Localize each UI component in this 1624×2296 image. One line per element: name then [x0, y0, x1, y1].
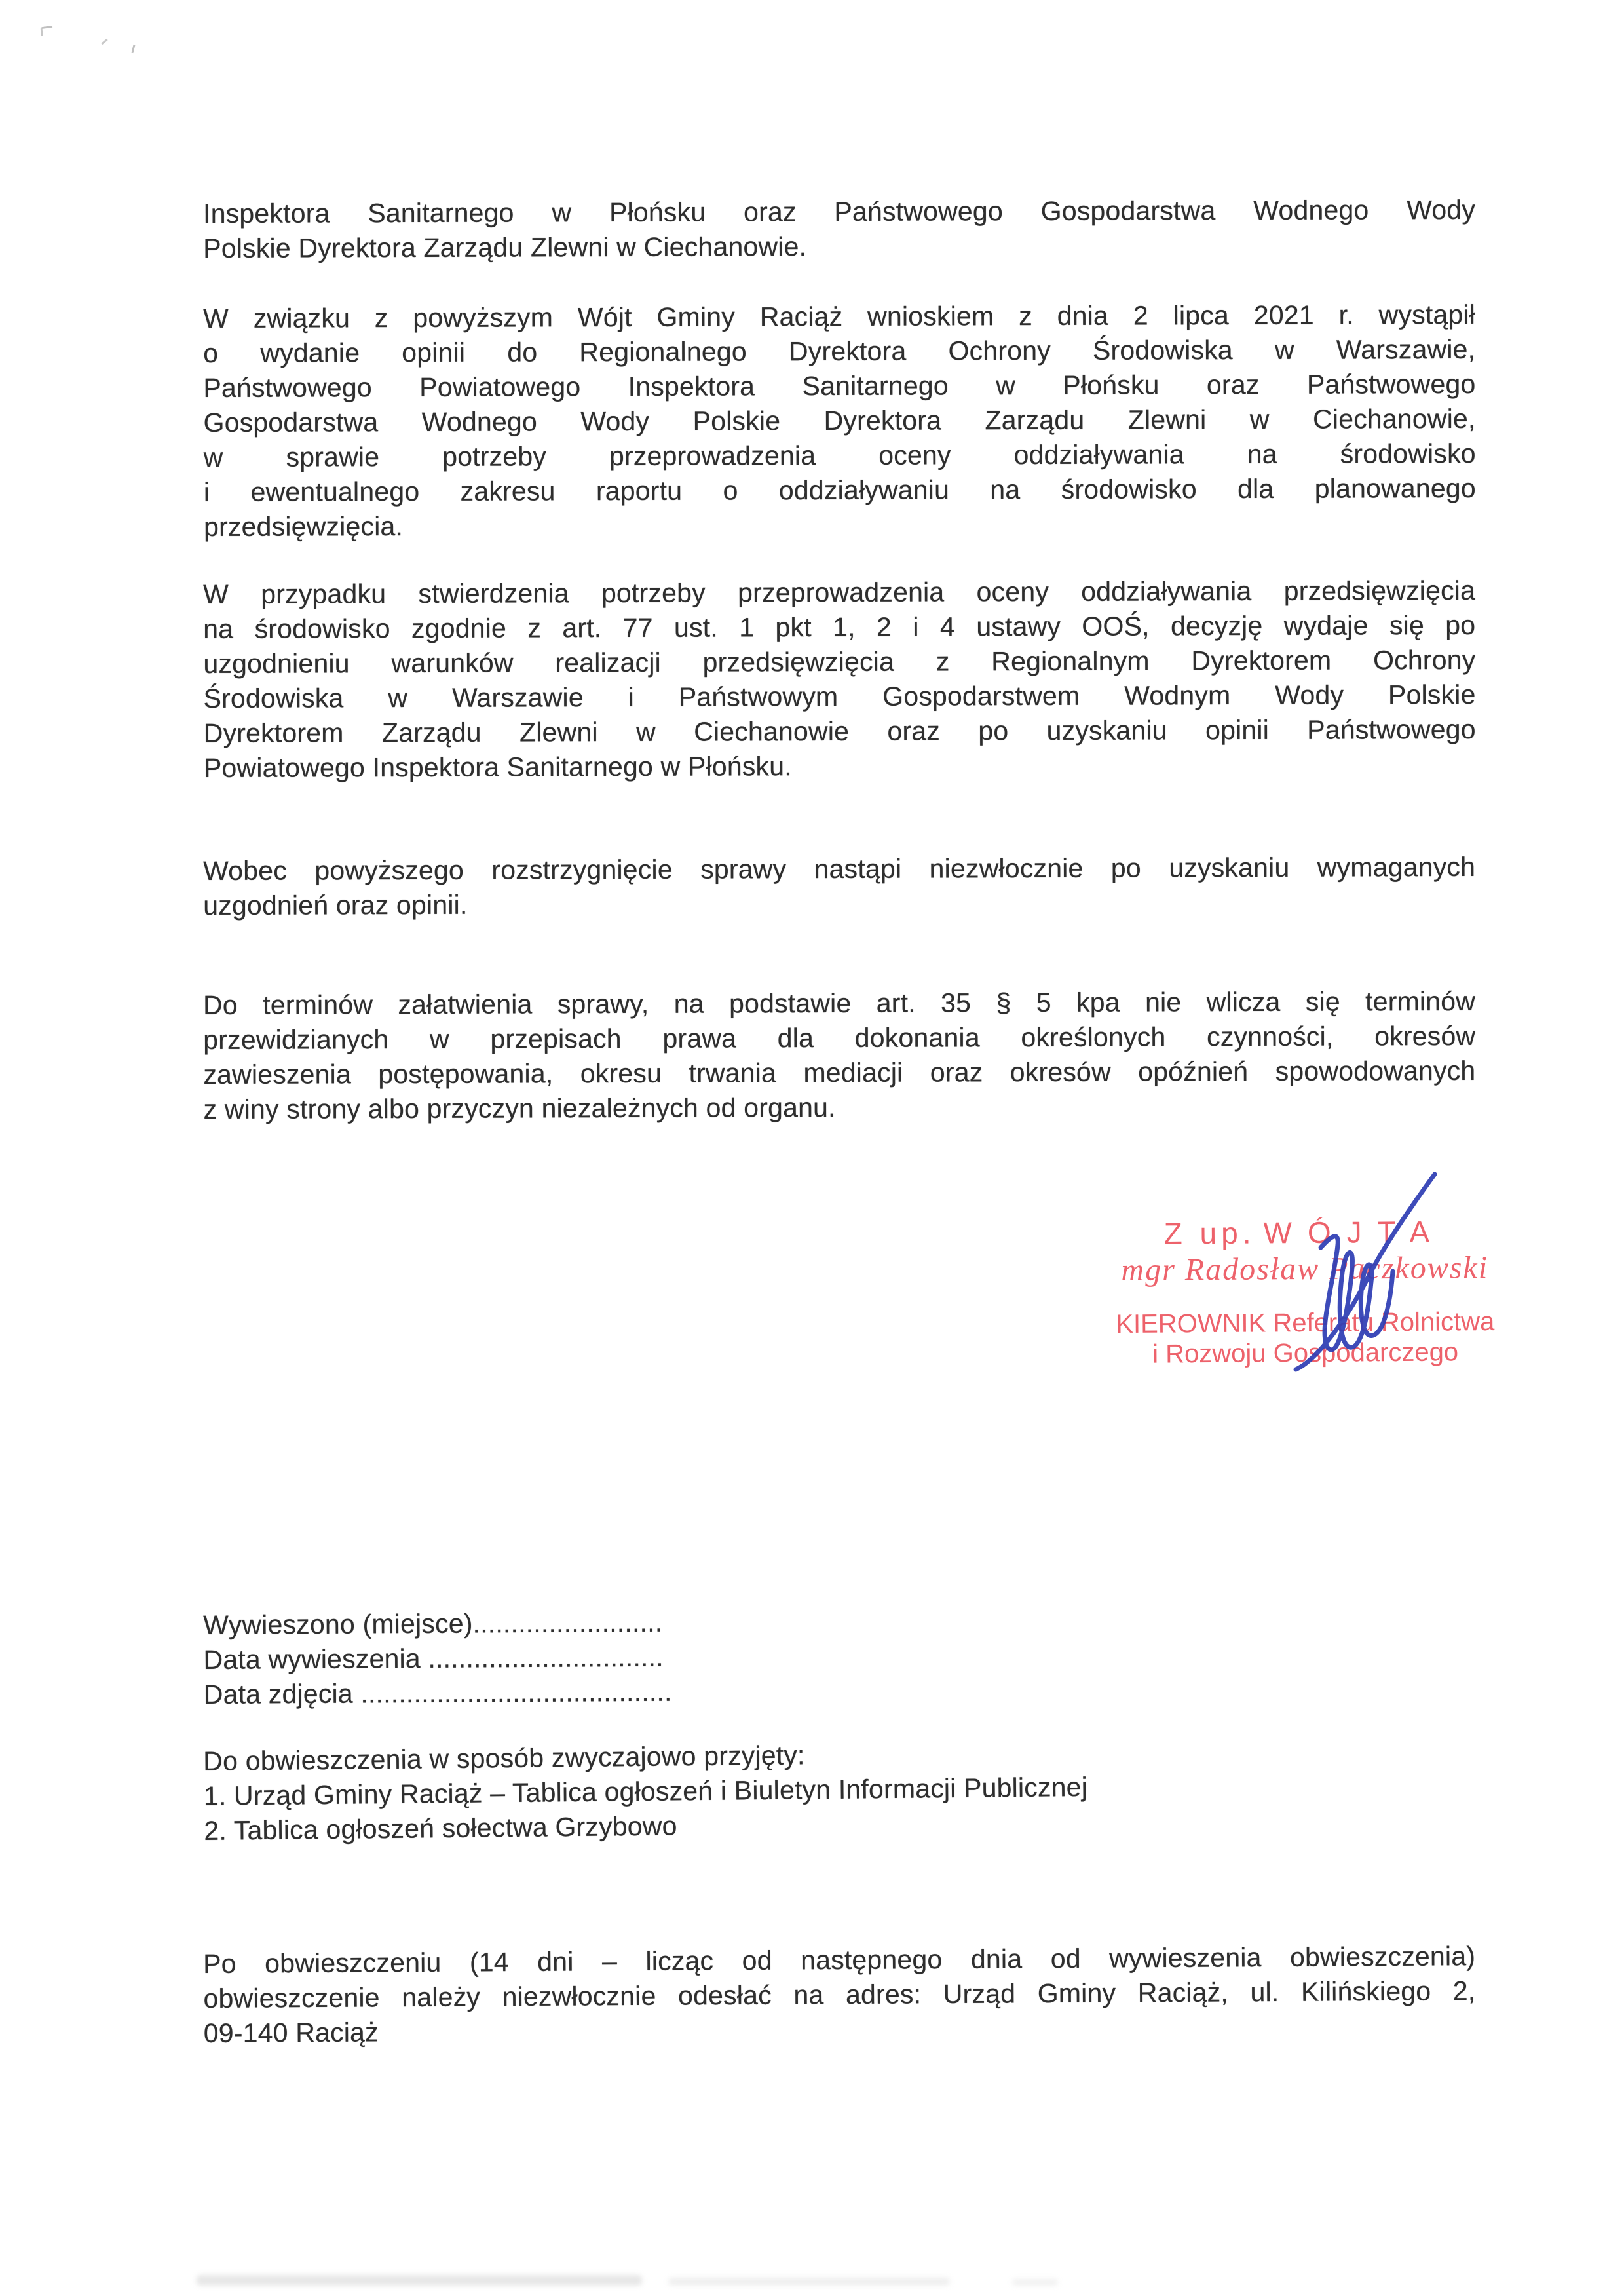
text-line: Powiatowego Inspektora Sanitarnego w Pło…	[204, 747, 1476, 786]
scanned-document-page: Inspektora Sanitarnego w Płońsku oraz Pa…	[0, 0, 1624, 2296]
paragraph-assessment-procedure: W przypadku stwierdzenia potrzeby przepr…	[203, 573, 1476, 786]
text-line: o wydanie opinii do Regionalnego Dyrekto…	[203, 332, 1475, 371]
posting-record: Wywieszono (miejsce)....................…	[203, 1600, 1476, 1712]
text-line: i ewentualnego zakresu raportu o oddział…	[204, 471, 1476, 510]
announcement-items: 1. Urząd Gminy Raciąż – Tablica ogłoszeń…	[204, 1766, 1477, 1848]
paragraph-deadline-rules: Do terminów załatwienia sprawy, na podst…	[203, 984, 1476, 1127]
scan-smudge	[668, 2278, 950, 2286]
text-line: uzgodnieniu warunków realizacji przedsię…	[203, 643, 1475, 681]
paragraph-request-for-opinions: W związku z powyższym Wójt Gminy Raciąż …	[203, 297, 1476, 545]
text-line: Polskie Dyrektora Zarządu Zlewni w Ciech…	[203, 227, 1475, 266]
text-line: z winy strony albo przyczyn niezależnych…	[203, 1088, 1475, 1127]
text-line: Państwowego Powiatowego Inspektora Sanit…	[203, 367, 1475, 406]
text-line: w sprawie potrzeby przeprowadzenia oceny…	[204, 436, 1476, 475]
scan-speck	[131, 45, 135, 53]
text-line: przedsięwzięcia.	[204, 506, 1476, 545]
text-line: uzgodnień oraz opinii.	[203, 885, 1475, 923]
handwritten-signature	[1276, 1165, 1505, 1381]
text-line: Wobec powyższego rozstrzygnięcie sprawy …	[203, 850, 1475, 889]
scan-smudge	[1012, 2279, 1058, 2286]
text-line: Gospodarstwa Wodnego Wody Polskie Dyrekt…	[203, 402, 1475, 440]
announcement-method: Do obwieszczenia w sposób zwyczajowo prz…	[203, 1731, 1477, 1848]
text-line: W związku z powyższym Wójt Gminy Raciąż …	[203, 297, 1475, 336]
text-line: Data zdjęcia ...........................…	[204, 1670, 1476, 1712]
text-line: przewidzianych w przepisach prawa dla do…	[203, 1019, 1475, 1058]
text-line: Środowiska w Warszawie i Państwowym Gosp…	[203, 678, 1475, 716]
paragraph-addressees-continued: Inspektora Sanitarnego w Płońsku oraz Pa…	[203, 193, 1475, 266]
scan-speck	[101, 39, 107, 45]
text-line: W przypadku stwierdzenia potrzeby przepr…	[203, 573, 1475, 612]
text-line: zawieszenia postępowania, okresu trwania…	[203, 1054, 1475, 1092]
text-line: Dyrektorem Zarządu Zlewni w Ciechanowie …	[204, 712, 1476, 751]
return-instruction: Po obwieszczeniu (14 dni – licząc od nas…	[203, 1939, 1476, 2051]
text-line: na środowisko zgodnie z art. 77 ust. 1 p…	[203, 608, 1475, 647]
text-line: Inspektora Sanitarnego w Płońsku oraz Pa…	[203, 193, 1475, 231]
paragraph-resolution-notice: Wobec powyższego rozstrzygnięcie sprawy …	[203, 850, 1475, 923]
scan-smudge	[197, 2275, 642, 2286]
stamp-authority-prefix: Z up.	[1163, 1216, 1255, 1251]
scan-speck	[40, 26, 54, 37]
text-line: Do terminów załatwienia sprawy, na podst…	[203, 984, 1475, 1023]
